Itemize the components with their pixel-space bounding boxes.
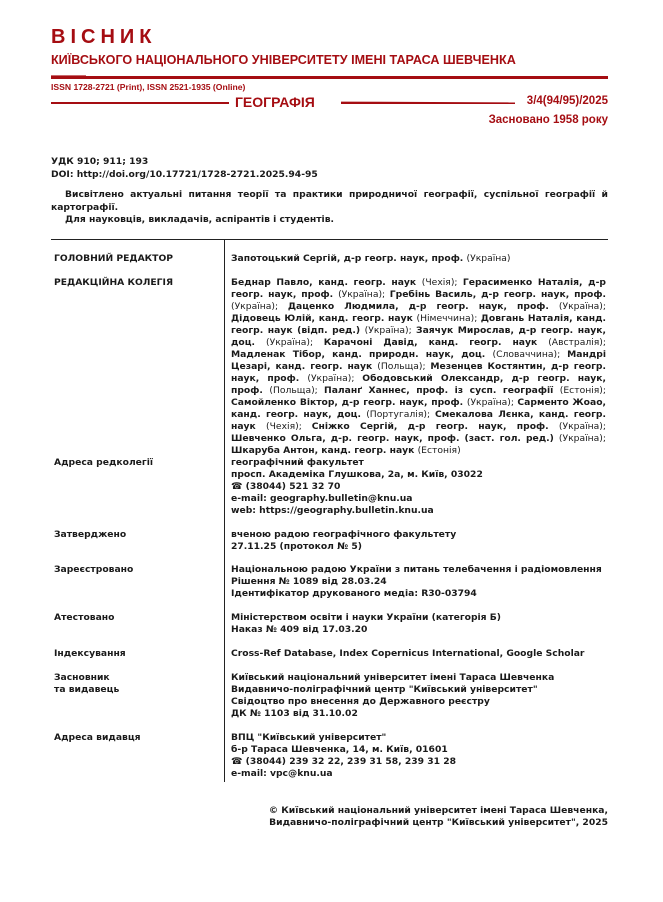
meta-block: УДК 910; 911; 193 DOI: http://doi.org/10… [51, 155, 318, 181]
info-line: Рішення № 1089 від 28.03.24 [231, 576, 606, 588]
board-member-country: (Україна) [365, 325, 409, 336]
contact-link[interactable]: e-mail: vpc@knu.ua [231, 768, 606, 780]
doi-link[interactable]: DOI: http://doi.org/10.17721/1728-2721.2… [51, 168, 318, 181]
contact-link[interactable]: e-mail: geography.bulletin@knu.ua [231, 493, 606, 505]
info-line: географічний факультет [231, 457, 606, 469]
info-line: ВПЦ "Київський університет" [231, 732, 606, 744]
section-title: ГЕОГРАФІЯ [235, 94, 315, 110]
info-line: ☎ (38044) 521 32 70 [231, 481, 606, 493]
journal-title: ВІСНИК [51, 26, 156, 49]
intro-audience: Для науковців, викладачів, аспірантів і … [51, 214, 608, 227]
board-member-country: (Німеччина) [417, 313, 475, 324]
info-line: вченою радою географічного факультету [231, 529, 606, 541]
editorial-board-label: РЕДАКЦІЙНА КОЛЕГІЯ [54, 277, 219, 289]
founded-year: Засновано 1958 року [489, 114, 608, 126]
board-member-name: Паланґ Ханнес, проф. із сусп. географії [324, 385, 560, 396]
info-line: Cross-Ref Database, Index Copernicus Int… [231, 648, 606, 660]
info-line: Ідентифікатор друкованого медіа: R30-037… [231, 588, 606, 600]
board-member-country: (Україна) [467, 397, 511, 408]
info-line: б-р Тараса Шевченка, 14, м. Київ, 01601 [231, 744, 606, 756]
section-rule-left [51, 102, 229, 104]
board-member-name: Самойленко Віктор, д-р геогр. наук, проф… [231, 397, 467, 408]
section-row: ГЕОГРАФІЯ 3/4(94/95)/2025 [51, 95, 608, 111]
board-member-name: Шевченко Ольга, д-р. геогр. наук, проф. … [231, 433, 559, 444]
board-member-country: (Україна) [338, 289, 382, 300]
board-member-country: (Португалія) [366, 409, 427, 420]
university-name: КИЇВСЬКОГО НАЦІОНАЛЬНОГО УНІВЕРСИТЕТУ ІМ… [51, 53, 516, 67]
board-member-name: Дідовець Юлій, канд. геогр. наук [231, 313, 417, 324]
info-line: Свідоцтво про внесення до Державного реє… [231, 696, 606, 708]
info-line: Міністерством освіти і науки України (ка… [231, 612, 606, 624]
info-row-label: Затверджено [54, 529, 219, 541]
board-member-name: Сніжко Сергій, д-р геогр. наук, проф. [312, 421, 559, 432]
copyright-line-1: © Київський національний університет іме… [269, 805, 608, 817]
table-top-rule [51, 239, 608, 240]
board-member-country: (Україна) [559, 301, 603, 312]
board-member-country: (Україна) [231, 301, 275, 312]
intro-description: Висвітлено актуальні питання теорії та п… [51, 189, 608, 214]
info-row-label: Атестовано [54, 612, 219, 624]
editor-in-chief-country: (Україна) [467, 253, 511, 264]
info-line: ДК № 1103 від 31.10.02 [231, 708, 606, 720]
board-member-country: (Естонія) [560, 385, 603, 396]
issn-line: ISSN 1728-2721 (Print), ISSN 2521-1935 (… [51, 82, 245, 92]
intro-block: Висвітлено актуальні питання теорії та п… [51, 189, 608, 227]
info-line: Національною радою України з питань теле… [231, 564, 606, 576]
info-line: просп. Академіка Глушкова, 2а, м. Київ, … [231, 469, 606, 481]
info-row-value: географічний факультетпросп. Академіка Г… [231, 457, 606, 517]
info-line: Видавничо-поліграфічний центр "Київський… [231, 684, 606, 696]
board-member-country: (Чехія) [266, 421, 299, 432]
board-member-country: (Польща) [377, 361, 422, 372]
info-row-label: Засновникта видавець [54, 672, 219, 696]
board-member-country: (Австралія) [548, 337, 603, 348]
info-line: Наказ № 409 від 17.03.20 [231, 624, 606, 636]
info-row-value: Київський національний університет імені… [231, 672, 606, 720]
board-member-name: Шкаруба Антон, канд. геогр. наук [231, 445, 418, 456]
info-row-value: Міністерством освіти і науки України (ка… [231, 612, 606, 636]
board-member-name: Даценко Людмила, д-р геогр. наук, проф. [288, 301, 559, 312]
issue-number: 3/4(94/95)/2025 [527, 95, 608, 107]
info-row-label: Індексування [54, 648, 219, 660]
info-row-label: Адреса редколегії [54, 457, 219, 469]
board-member-country: (Естонія) [418, 445, 461, 456]
board-member-country: (Польща) [269, 385, 314, 396]
info-line: ☎ (38044) 239 32 22, 239 31 58, 239 31 2… [231, 756, 606, 768]
editor-in-chief-label: ГОЛОВНИЙ РЕДАКТОР [54, 253, 219, 265]
udk-code: УДК 910; 911; 193 [51, 155, 318, 168]
editor-in-chief-name: Запотоцький Сергій, д-р геогр. наук, про… [231, 253, 463, 264]
copyright-block: © Київський національний університет іме… [269, 805, 608, 829]
info-row-value: Cross-Ref Database, Index Copernicus Int… [231, 648, 606, 660]
board-member-country: (Словаччина) [493, 349, 558, 360]
contact-link[interactable]: web: https://geography.bulletin.knu.ua [231, 505, 606, 517]
board-member-country: (Чехія) [422, 277, 455, 288]
board-member-country: (Україна) [307, 373, 351, 384]
info-row-value: вченою радою географічного факультету27.… [231, 529, 606, 553]
board-member-country: (Україна) [266, 337, 310, 348]
editor-in-chief-value: Запотоцький Сергій, д-р геогр. наук, про… [231, 253, 606, 265]
info-row-value: Національною радою України з питань теле… [231, 564, 606, 600]
board-member-name: Гребінь Василь, д-р геогр. наук, проф. [390, 289, 606, 300]
info-line: 27.11.25 (протокол № 5) [231, 541, 606, 553]
board-member-country: (Україна) [559, 421, 603, 432]
info-row-value: ВПЦ "Київський університет"б-р Тараса Ше… [231, 732, 606, 780]
section-rule-right-thin [341, 103, 515, 104]
editorial-board-list: Беднар Павло, канд. геогр. наук (Чехія);… [231, 277, 606, 457]
info-row-label: Адреса видавця [54, 732, 219, 744]
table-column-divider [224, 239, 225, 782]
board-member-name: Карачоні Давід, канд. геогр. наук [324, 337, 548, 348]
header-rule [51, 76, 608, 79]
info-row-label: Зареєстровано [54, 564, 219, 576]
board-member-country: (Україна) [559, 433, 603, 444]
board-member-name: Беднар Павло, канд. геогр. наук [231, 277, 422, 288]
info-line: Київський національний університет імені… [231, 672, 606, 684]
copyright-line-2: Видавничо-поліграфічний центр "Київський… [269, 817, 608, 829]
board-member-name: Мадленак Тібор, канд. природн. наук, доц… [231, 349, 493, 360]
